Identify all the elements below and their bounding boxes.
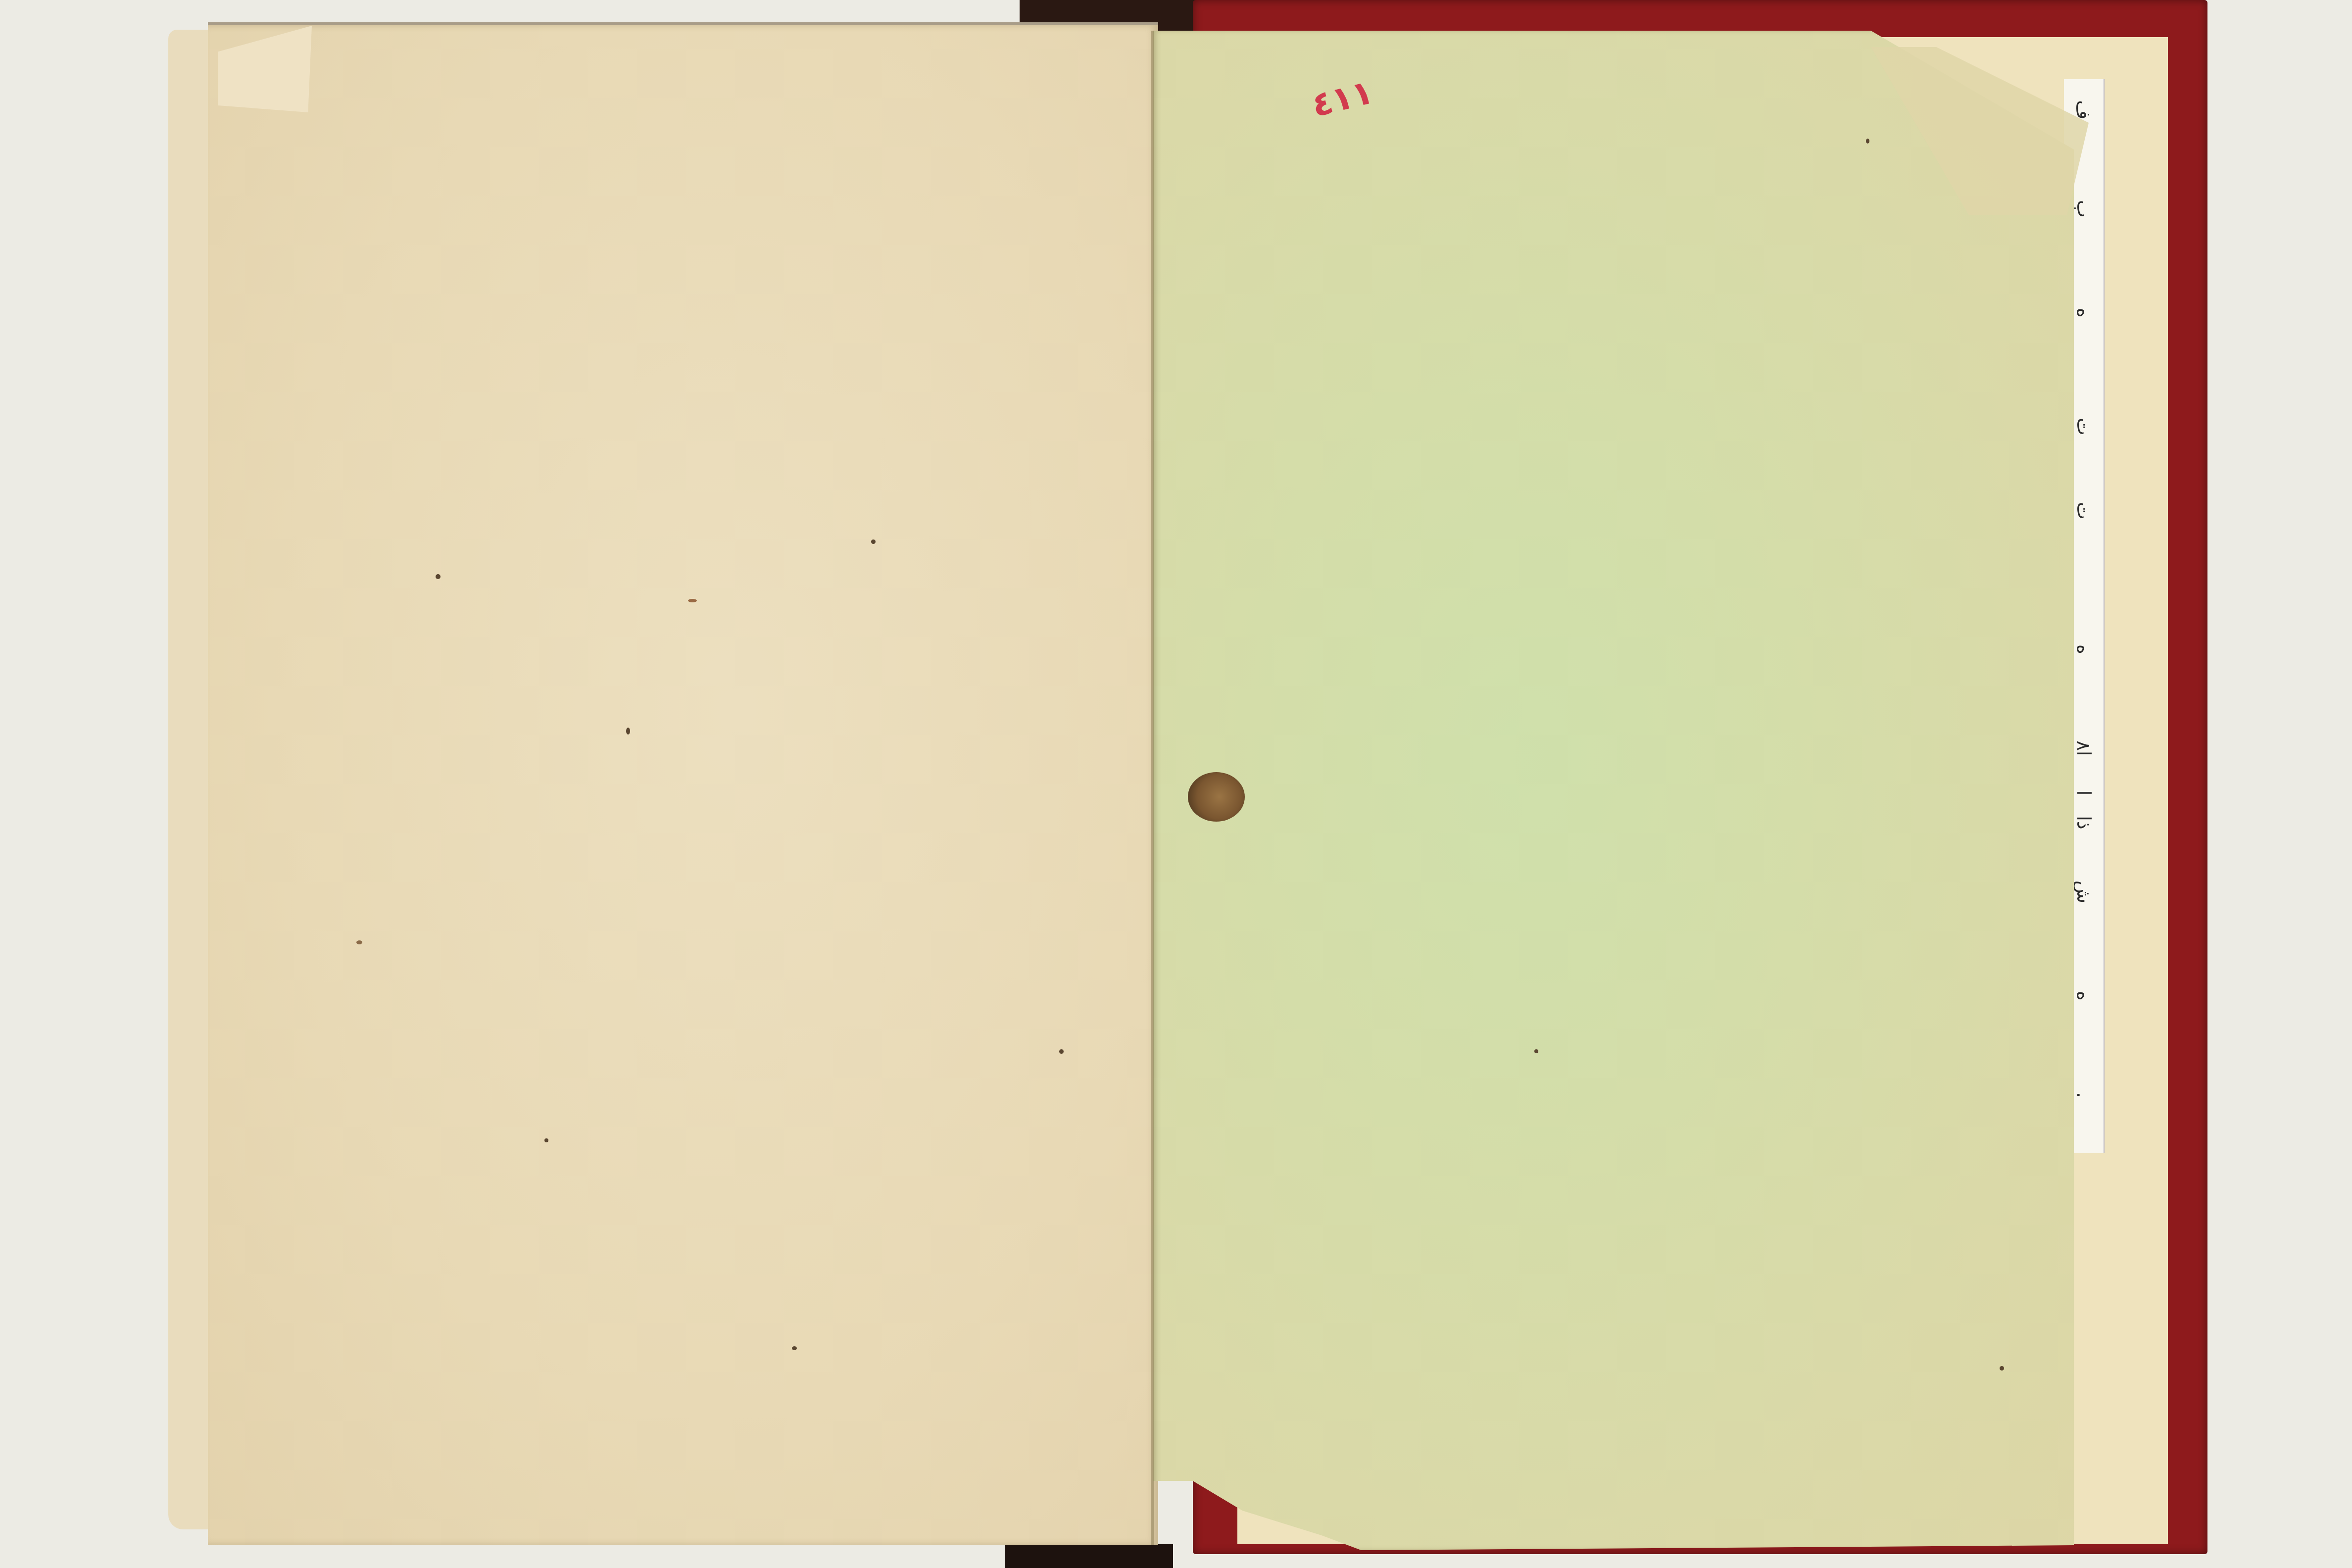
strip-glyph: ه: [2073, 298, 2095, 328]
strip-glyph: .: [2073, 1080, 2095, 1110]
strip-glyph: ذا: [2073, 808, 2095, 837]
spine-gap-bottom: [1005, 1544, 1173, 1568]
strip-glyph: ه: [2073, 981, 2095, 1011]
strip-glyph: ش: [2073, 877, 2095, 907]
strip-glyph: ا: [2073, 778, 2095, 808]
strip-glyph: ت: [2073, 496, 2095, 526]
strip-glyph: ا٨: [2073, 734, 2095, 763]
strip-glyph: ت: [2073, 412, 2095, 441]
right-page-green: [1153, 31, 2079, 1550]
strip-glyph: ه: [2073, 635, 2095, 664]
gutter: [1151, 31, 1154, 1545]
strip-glyph: ب: [2073, 194, 2095, 224]
left-page: [208, 22, 1158, 1545]
wormhole: [1188, 772, 1245, 822]
